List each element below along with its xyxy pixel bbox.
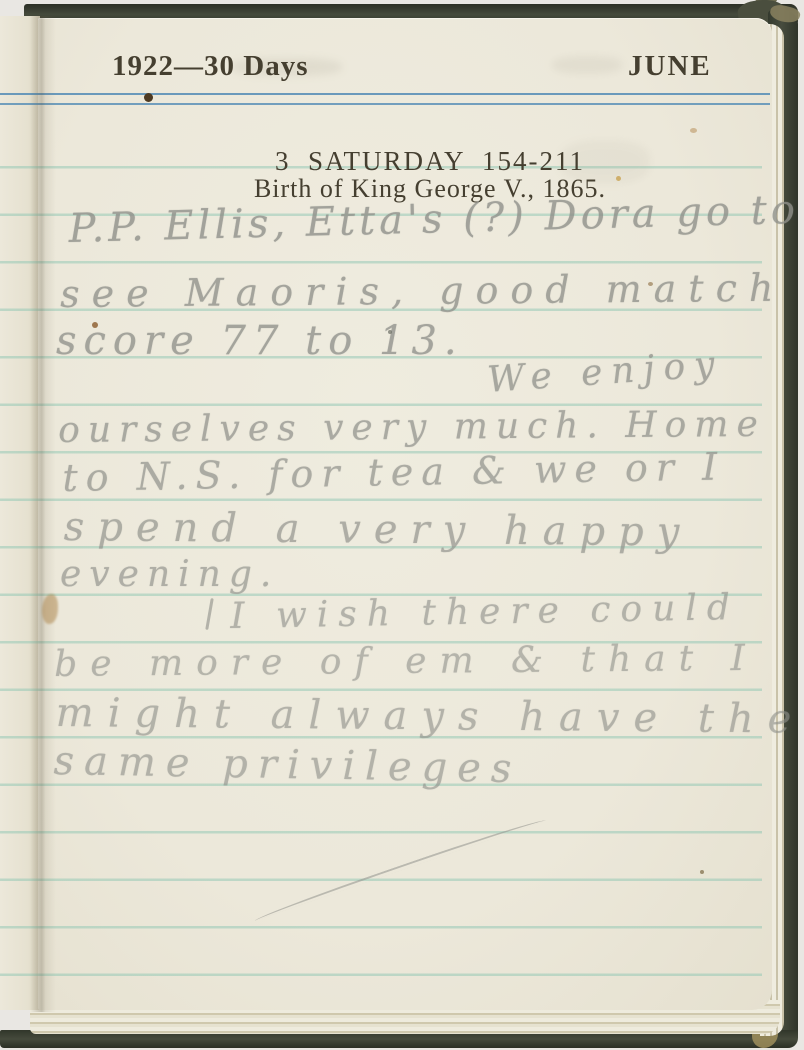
handwritten-line: ourselves very much. Home xyxy=(58,404,766,451)
handwritten-line: same privileges xyxy=(53,738,522,792)
handwritten-line: spend a very happy xyxy=(64,504,693,555)
handwritten-line: might always have the xyxy=(56,690,804,743)
show-through-smudge xyxy=(552,56,622,74)
month-label: JUNE xyxy=(628,50,712,83)
year-days-label: 1922—30 Days xyxy=(112,50,308,83)
date-heading: 3 SATURDAY 154-211 xyxy=(90,146,770,177)
header-double-blue-rule xyxy=(0,93,770,105)
foxing-spot xyxy=(648,282,653,286)
foxing-spot xyxy=(92,322,98,328)
handwritten-line: see Maoris, good match xyxy=(60,266,786,316)
scanned-diary-photo: { "header": { "year_days": "1922—30 Days… xyxy=(0,0,804,1050)
foxing-spot xyxy=(690,128,697,133)
foxing-spot xyxy=(616,176,621,181)
handwritten-line: evening. xyxy=(60,554,279,595)
handwritten-line: score 77 to 13. xyxy=(56,318,464,364)
handwritten-line: be more of em & that I xyxy=(54,638,758,685)
foxing-spot xyxy=(700,870,704,874)
foxing-spot xyxy=(144,93,153,102)
gutter-shadow xyxy=(30,16,56,1012)
foxing-spot xyxy=(388,330,392,334)
